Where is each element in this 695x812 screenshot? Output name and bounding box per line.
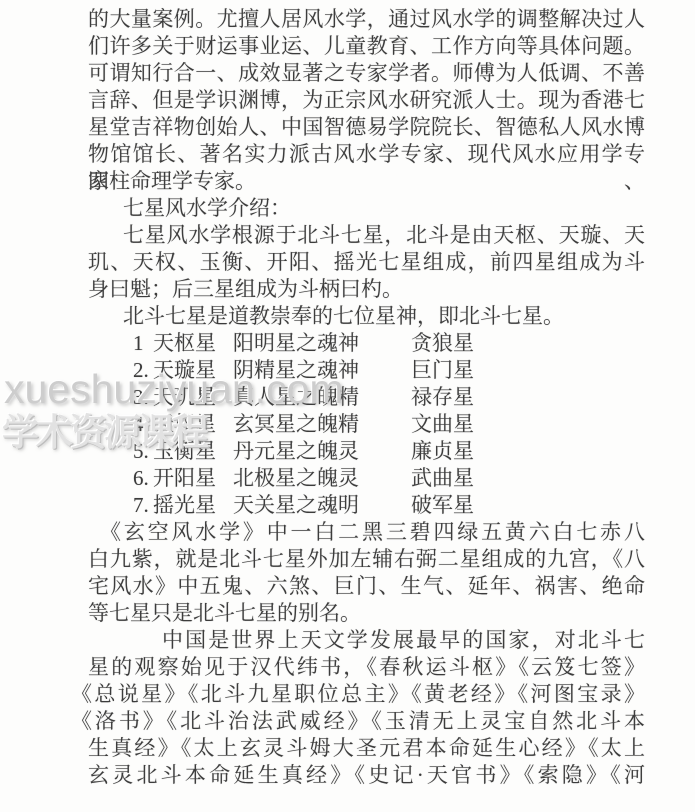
text-line: 七星风水学根源于北斗七星，北斗是由天枢、天璇、天 (88, 222, 645, 249)
watermark-cjk-text: 学术资源课程 (2, 402, 206, 456)
star-list-row: 1 天枢星 阳明星之魂神 贪狼星 (88, 330, 645, 357)
text-line: 的大量案例。尤擅人居风水学，通过风水学的调整解决过人 (88, 6, 645, 33)
text-line: 宅风水》中五鬼、六煞、巨门、生气、延年、祸害、绝命 (88, 573, 645, 600)
star-attribute: 玄冥星之魄精 (233, 411, 373, 438)
text-line: 可谓知行合一、成效显著之专家学者。师傅为人低调、不善 (88, 60, 645, 87)
star-number: 6. (133, 465, 153, 492)
star-list-row: 6. 开阳星 北极星之魄灵 武曲星 (88, 465, 645, 492)
star-alias: 廉贞星 (411, 438, 474, 465)
text-line: 星堂吉祥物创始人、中国智德易学院院长、智德私人风水博 (88, 114, 645, 141)
star-alias: 文曲星 (411, 411, 474, 438)
text-line: 物馆馆长、著名实力派古风水学专家、现代风水应用学专家、 (88, 141, 645, 168)
text-line: 《总说星》《北斗九星职位总主》《黄老经》《河图宝录》 (88, 681, 645, 708)
star-name: 开阳星 (153, 465, 221, 492)
star-number: 7. (133, 492, 153, 519)
star-number: 1 (133, 330, 153, 357)
star-alias: 禄存星 (411, 384, 474, 411)
text-line: 言辞、但是学识渊博，为正宗风水研究派人士。现为香港七 (88, 87, 645, 114)
star-alias: 巨门星 (411, 357, 474, 384)
text-line: 白九紫，就是北斗七星外加左辅右弼二星组成的九宫，《八 (88, 546, 645, 573)
text-line: 玑、天权、玉衡、开阳、摇光七星组成，前四星组成为斗 (88, 249, 645, 276)
text-line: 们许多关于财运事业运、儿童教育、工作方向等具体问题。 (88, 33, 645, 60)
star-list-row: 7. 摇光星 天关星之魂明 破军星 (88, 492, 645, 519)
star-alias: 武曲星 (411, 465, 474, 492)
star-attribute: 阳明星之魂神 (233, 330, 373, 357)
text-line: 身曰魁；后三星组成为斗柄曰杓。 (88, 276, 645, 303)
text-line: 星的观察始见于汉代纬书，《春秋运斗枢》《云笈七签》 (88, 654, 645, 681)
text-line: 北斗七星是道教崇奉的七位星神，即北斗七星。 (88, 303, 645, 330)
text-line: 《洛书》《北斗治法武威经》《玉清无上灵宝自然北斗本 (88, 708, 645, 735)
star-attribute: 天关星之魂明 (233, 492, 373, 519)
star-name: 天枢星 (153, 330, 221, 357)
document-page: 的大量案例。尤擅人居风水学，通过风水学的调整解决过人 们许多关于财运事业运、儿童… (0, 0, 695, 812)
text-line: 生真经》《太上玄灵斗姆大圣元君本命延生心经》《太上 (88, 735, 645, 762)
star-attribute: 丹元星之魄灵 (233, 438, 373, 465)
text-line: 玄灵北斗本命延生真经》《史记·天官书》《索隐》《河 (88, 762, 645, 789)
star-alias: 贪狼星 (411, 330, 474, 357)
text-line: 等七星只是北斗七星的别名。 (88, 600, 645, 627)
star-name: 摇光星 (153, 492, 221, 519)
text-line: 中国是世界上天文学发展最早的国家，对北斗七 (88, 627, 645, 654)
star-alias: 破军星 (411, 492, 474, 519)
star-attribute: 北极星之魄灵 (233, 465, 373, 492)
text-line: 《玄空风水学》中一白二黑三碧四绿五黄六白七赤八 (88, 519, 645, 546)
section-heading: 七星风水学介绍： (88, 195, 645, 222)
